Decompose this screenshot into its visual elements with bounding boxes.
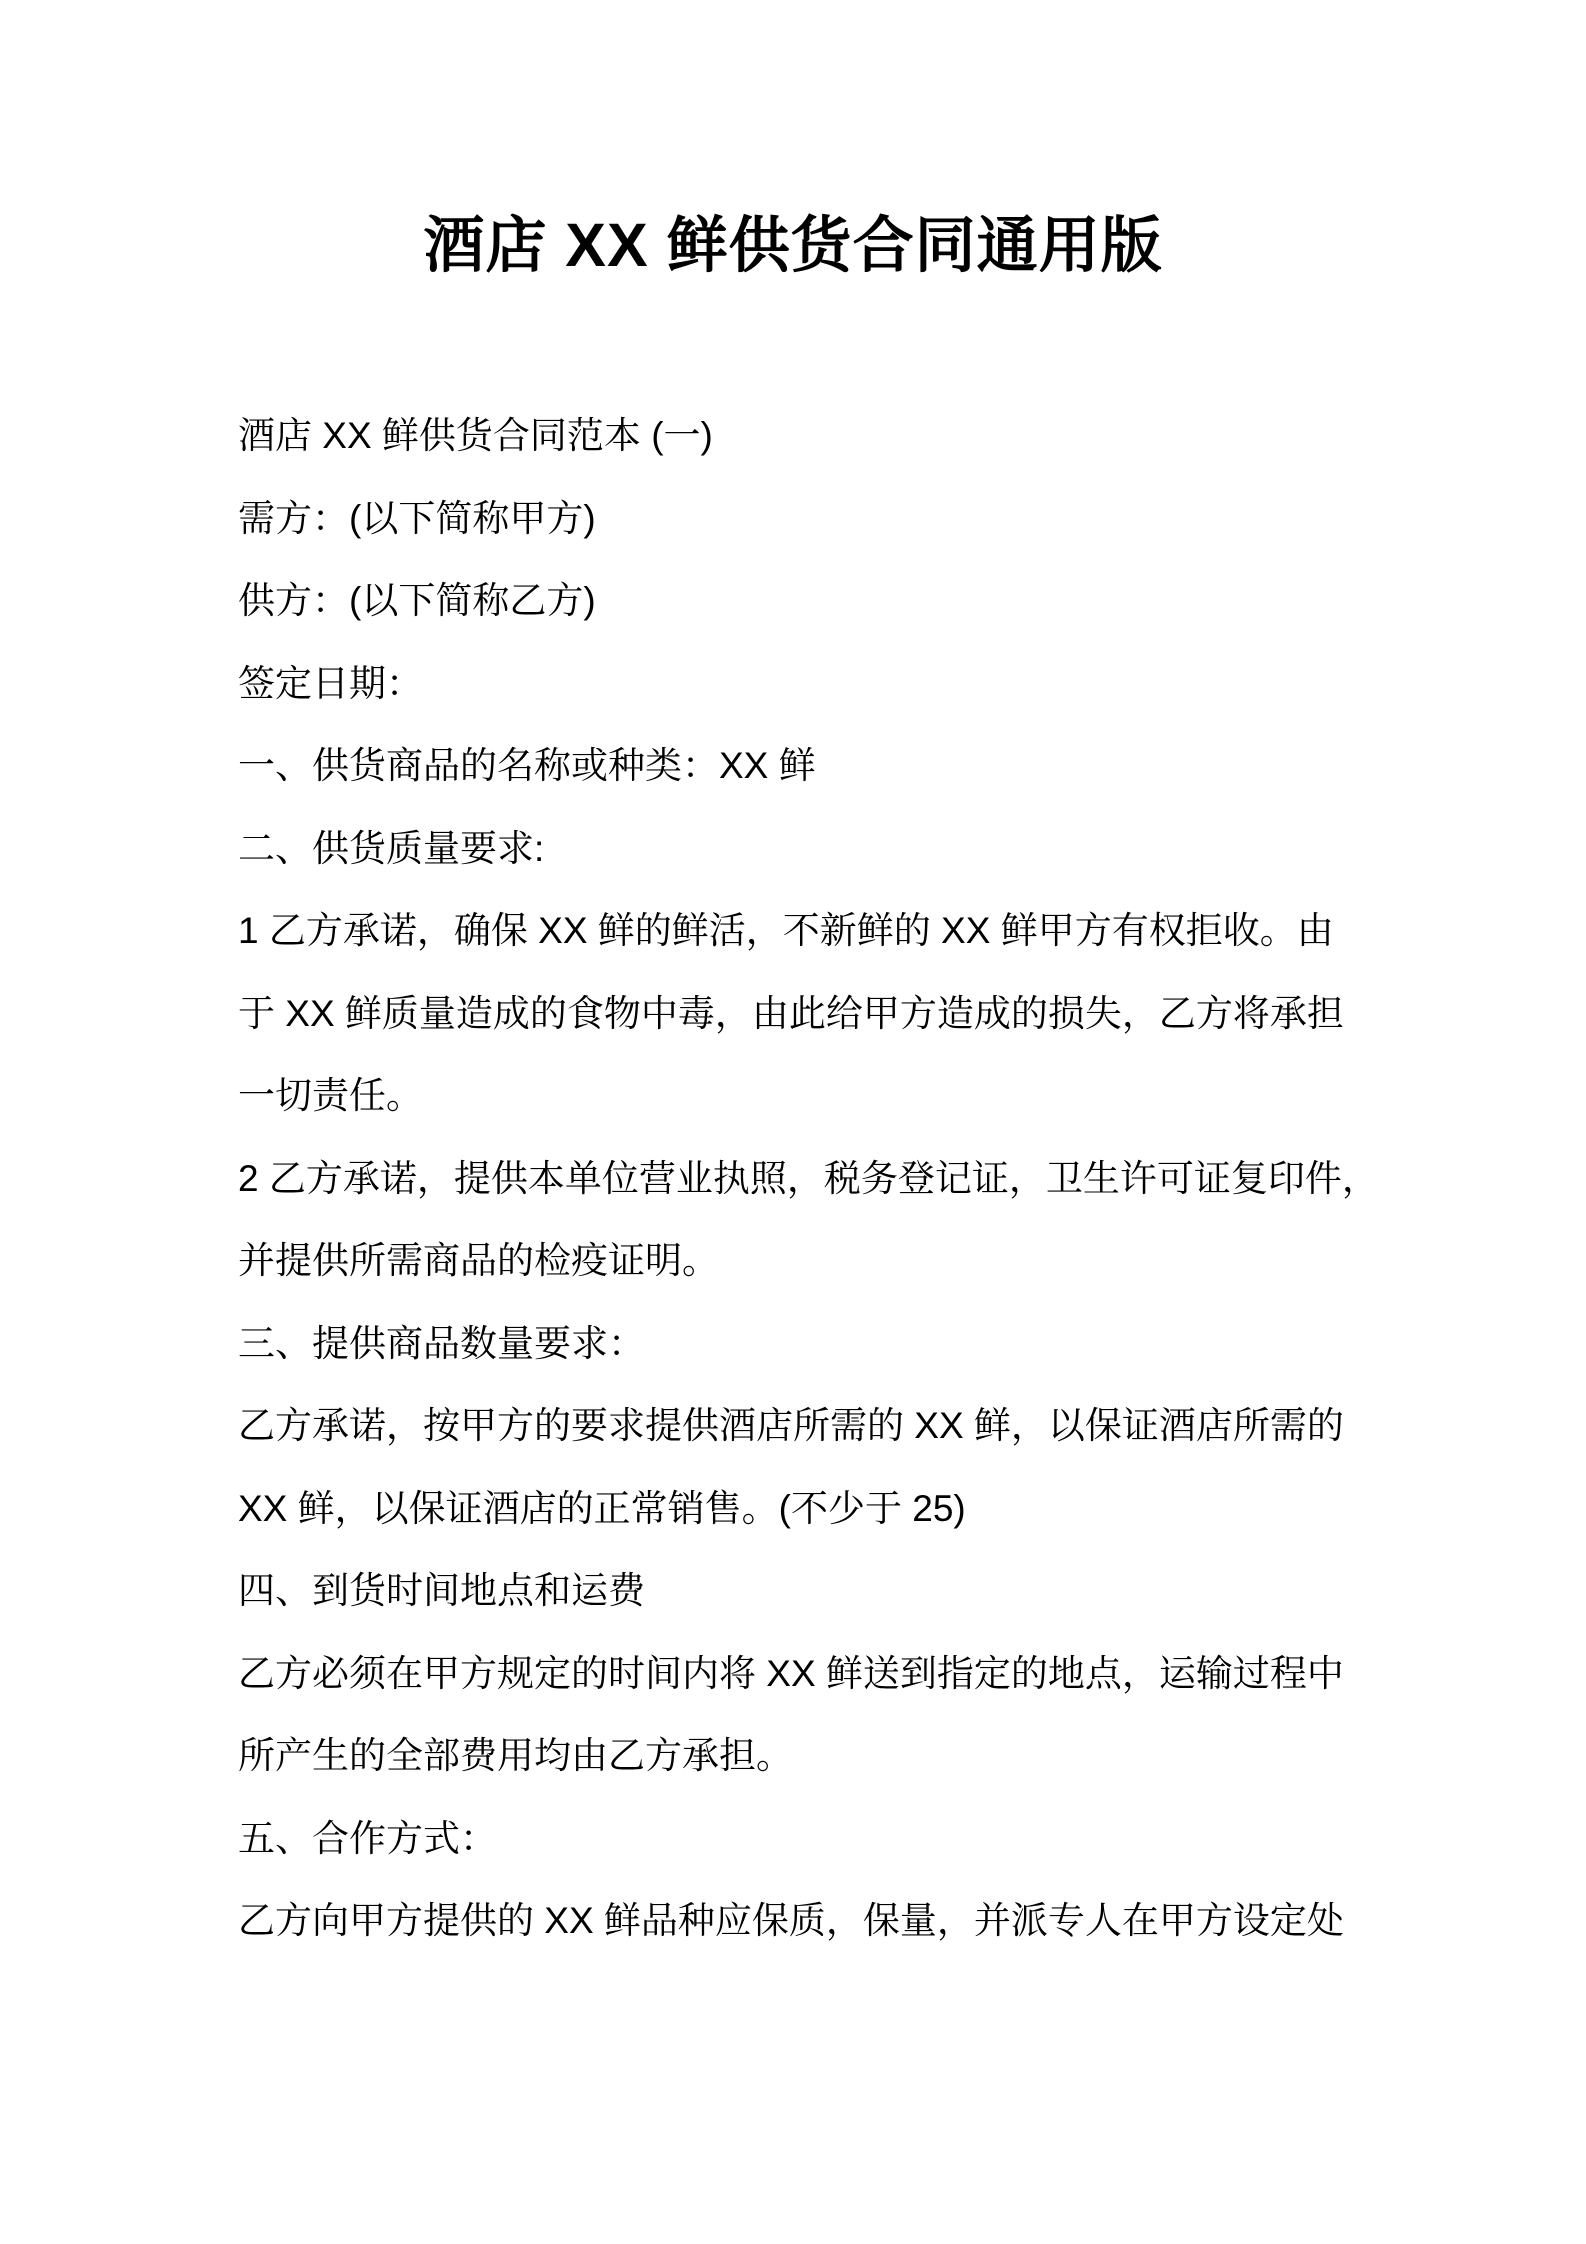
paragraph-1-line-1: 酒店 XX 鲜供货合同范本 (一) xyxy=(238,395,1353,478)
paragraph-3-line-1: 供方：(以下简称乙方) xyxy=(238,560,1353,643)
paragraph-2-line-1: 需方：(以下简称甲方) xyxy=(238,478,1353,561)
paragraph-14-line-1: 乙方向甲方提供的 XX 鲜品种应保质，保量，并派专人在甲方设定处 xyxy=(238,1880,1353,1963)
paragraph-12-line-1: 乙方必须在甲方规定的时间内将 XX 鲜送到指定的地点，运输过程中 xyxy=(238,1633,1353,1716)
document-page: 酒店 XX 鲜供货合同通用版 酒店 XX 鲜供货合同范本 (一)需方：(以下简称… xyxy=(0,0,1586,2244)
document-body: 酒店 XX 鲜供货合同范本 (一)需方：(以下简称甲方)供方：(以下简称乙方)签… xyxy=(238,395,1353,1963)
paragraph-7-line-3: 一切责任。 xyxy=(238,1055,1353,1138)
paragraph-12-line-2: 所产生的全部费用均由乙方承担。 xyxy=(238,1715,1353,1798)
paragraph-7-line-1: 1 乙方承诺，确保 XX 鲜的鲜活，不新鲜的 XX 鲜甲方有权拒收。由 xyxy=(238,890,1353,973)
paragraph-5-line-1: 一、供货商品的名称或种类：XX 鲜 xyxy=(238,725,1353,808)
paragraph-11-line-1: 四、到货时间地点和运费 xyxy=(238,1550,1353,1633)
paragraph-10-line-1: 乙方承诺，按甲方的要求提供酒店所需的 XX 鲜，以保证酒店所需的 xyxy=(238,1385,1353,1468)
paragraph-6-line-1: 二、供货质量要求: xyxy=(238,808,1353,891)
paragraph-8-line-1: 2 乙方承诺，提供本单位营业执照，税务登记证，卫生许可证复印件， xyxy=(238,1138,1353,1221)
paragraph-4-line-1: 签定日期： xyxy=(238,643,1353,726)
paragraph-7-line-2: 于 XX 鲜质量造成的食物中毒，由此给甲方造成的损失，乙方将承担 xyxy=(238,973,1353,1056)
paragraph-10-line-2: XX 鲜，以保证酒店的正常销售。(不少于 25) xyxy=(238,1468,1353,1551)
document-title: 酒店 XX 鲜供货合同通用版 xyxy=(0,200,1586,290)
paragraph-8-line-2: 并提供所需商品的检疫证明。 xyxy=(238,1220,1353,1303)
paragraph-9-line-1: 三、提供商品数量要求： xyxy=(238,1303,1353,1386)
paragraph-13-line-1: 五、合作方式： xyxy=(238,1798,1353,1881)
